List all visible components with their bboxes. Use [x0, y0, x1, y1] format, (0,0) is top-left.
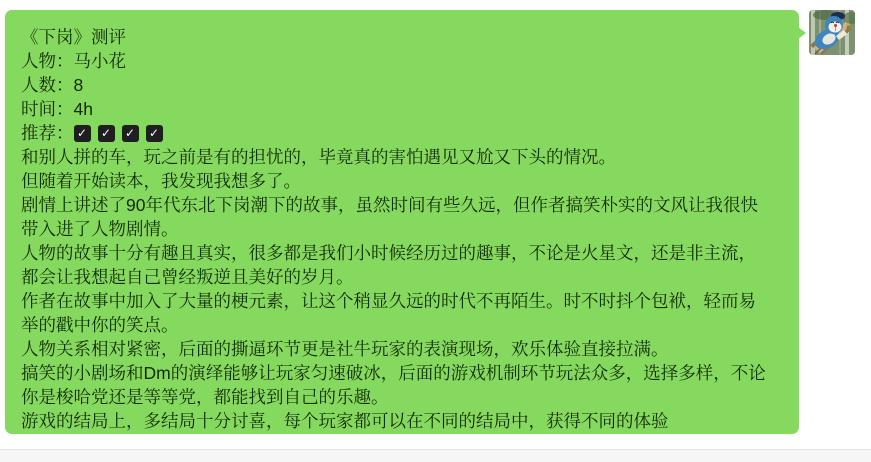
- check-glyph: ✓: [101, 125, 111, 142]
- field-player-count-label: 人数：: [21, 75, 74, 95]
- review-line: 你是梭哈党还是等等党，都能找到自己的乐趣。: [21, 385, 785, 409]
- chat-window: 《下岗》测评 人物：马小花 人数：8 时间：4h 推荐： ✓ ✓ ✓ ✓ 和别人…: [0, 0, 871, 462]
- field-recommend: 推荐： ✓ ✓ ✓ ✓: [21, 121, 785, 145]
- review-line: 但随着开始读本，我发现我想多了。: [21, 169, 785, 193]
- bottom-bar: [0, 449, 871, 462]
- review-line: 剧情上讲述了90年代东北下岗潮下的故事，虽然时间有些久远，但作者搞笑朴实的文风让…: [21, 193, 785, 217]
- review-line: 带入进了人物剧情。: [21, 217, 785, 241]
- field-character-label: 人物：: [21, 51, 74, 71]
- review-line: 游戏的结局上，多结局十分讨喜，每个玩家都可以在不同的结局中，获得不同的体验: [21, 409, 785, 433]
- field-player-count-value: 8: [74, 75, 84, 95]
- field-duration-value: 4h: [74, 99, 93, 119]
- chat-bubble[interactable]: 《下岗》测评 人物：马小花 人数：8 时间：4h 推荐： ✓ ✓ ✓ ✓ 和别人…: [5, 10, 799, 434]
- field-duration: 时间：4h: [21, 97, 785, 121]
- field-character-value: 马小花: [74, 51, 127, 71]
- checked-box-icon: ✓: [146, 125, 163, 142]
- check-glyph: ✓: [77, 125, 87, 142]
- review-line: 人物的故事十分有趣且真实，很多都是我们小时候经历过的趣事，不论是火星文，还是非主…: [21, 241, 785, 265]
- review-line: 人物关系相对紧密，后面的撕逼环节更是社牛玩家的表演现场，欢乐体验直接拉满。: [21, 337, 785, 361]
- field-player-count: 人数：8: [21, 73, 785, 97]
- review-line: 举的戳中你的笑点。: [21, 313, 785, 337]
- check-glyph: ✓: [149, 125, 159, 142]
- review-title: 《下岗》测评: [21, 25, 785, 49]
- checked-box-icon: ✓: [122, 125, 139, 142]
- field-duration-label: 时间：: [21, 99, 74, 119]
- field-character: 人物：马小花: [21, 49, 785, 73]
- avatar[interactable]: [809, 10, 855, 55]
- review-line: 和别人拼的车，玩之前是有的担忧的，毕竟真的害怕遇见又尬又下头的情况。: [21, 145, 785, 169]
- doraemon-lounging-avatar-image: [809, 10, 855, 55]
- review-line: 搞笑的小剧场和Dm的演绎能够让玩家匀速破冰，后面的游戏机制环节玩法众多，选择多样…: [21, 361, 785, 385]
- check-glyph: ✓: [125, 125, 135, 142]
- review-line: 作者在故事中加入了大量的梗元素，让这个稍显久远的时代不再陌生。时不时抖个包袱，轻…: [21, 289, 785, 313]
- bubble-tail: [798, 27, 806, 39]
- checked-box-icon: ✓: [74, 125, 91, 142]
- checked-box-icon: ✓: [98, 125, 115, 142]
- field-recommend-label: 推荐：: [21, 121, 74, 145]
- review-line: 都会让我想起自己曾经叛逆且美好的岁月。: [21, 265, 785, 289]
